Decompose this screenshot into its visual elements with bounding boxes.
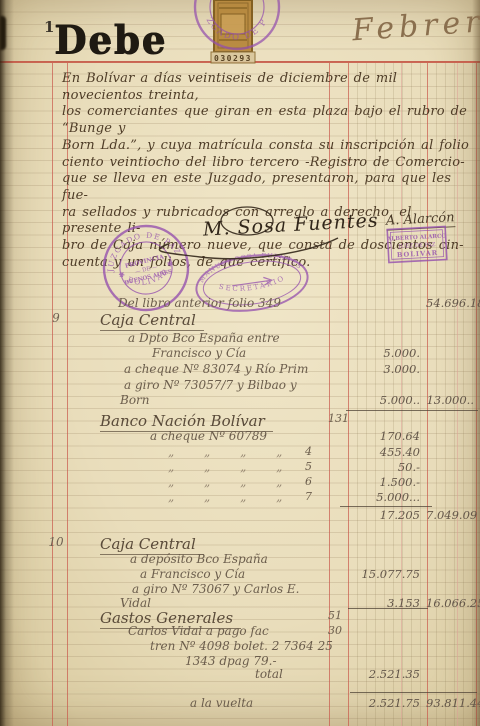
ledger-row: total 2.521.35 xyxy=(0,667,480,684)
entry-text: a Dpto Bco España entre xyxy=(128,331,280,345)
cheque-digit: 5 xyxy=(305,460,312,473)
ledger-row: Born 5.000.. 13.000.. xyxy=(0,393,480,410)
page-title: Debe xyxy=(54,17,167,63)
amount-inner: 1.500.- xyxy=(348,475,420,489)
entry-text: Born xyxy=(120,393,150,407)
amount-inner: 3.153 xyxy=(348,596,420,610)
amount-inner: 5.000... xyxy=(348,490,420,504)
entry-text: Vidal xyxy=(120,596,151,610)
account-heading: Caja Central xyxy=(100,311,204,331)
amount-outer: 93.811.44 xyxy=(426,696,474,710)
amount-inner: 170.64 xyxy=(348,429,420,443)
amount-inner: 17.205 xyxy=(348,508,420,522)
secretary-seal-arc-bottom: SECRETARIO xyxy=(217,273,287,296)
page-number: 1 xyxy=(44,18,54,36)
amount-inner: 2.521.35 xyxy=(348,667,420,681)
ditto-marks: „ „ „ „ xyxy=(168,490,308,504)
judge-signature: A. Alarcón xyxy=(386,210,455,231)
ledger-row: a cheque Nº 60789 170.64 xyxy=(0,429,480,446)
entry-text: a giro Nº 73067 y Carlos E. xyxy=(132,582,299,596)
total-rule xyxy=(346,410,478,411)
entry-text: a depósito Bco España xyxy=(130,552,268,566)
margin-number: 9 xyxy=(46,311,66,325)
certificate-line: Born Lda.”, y cuya matrícula consta su i… xyxy=(62,138,472,155)
ditto-marks: „ „ „ „ xyxy=(168,445,308,459)
court-seal-center-line3: BUENOS AIRES xyxy=(124,269,173,287)
amount-inner: 455.40 xyxy=(348,445,420,459)
certificate-text: En Bolívar a días veintiseis de diciembr… xyxy=(62,71,472,271)
secretary-seal-arrow-icon xyxy=(232,276,273,289)
amount-inner: 50.- xyxy=(348,460,420,474)
certificate-line: que se lleva en este Juzgado, presentaro… xyxy=(62,171,472,204)
certificate-line: bro de Caja número nueve, que consta de … xyxy=(62,238,472,255)
entry-text: Del libro anterior folio 349 xyxy=(118,296,281,310)
amount-inner: 2.521.75 xyxy=(348,696,420,710)
folio-number: 51 xyxy=(328,609,348,622)
amount-outer: 16.066.25 xyxy=(426,596,474,610)
folio-number: 131 xyxy=(328,412,348,425)
cheque-digit: 4 xyxy=(305,445,312,458)
total-rule xyxy=(350,692,477,693)
total-rule xyxy=(340,506,432,507)
ledger-row: Banco Nación Bolívar 131 xyxy=(0,412,480,429)
entry-text: a la vuelta xyxy=(190,696,253,710)
revenue-stamp-icon: 030293 xyxy=(211,0,255,63)
certificate-line: cuenta y un folios, de que certifico. xyxy=(62,255,472,272)
ledger-row: 10 Caja Central xyxy=(0,535,480,552)
folio-number: 30 xyxy=(328,624,348,637)
entry-text: Carlos Vidal a pago fac xyxy=(128,624,269,638)
certificate-line: ciento veintiocho del libro tercero -Reg… xyxy=(62,155,472,172)
amount-inner: 15.077.75 xyxy=(348,567,420,581)
ledger-row: 9 Caja Central xyxy=(0,311,480,328)
ledger-row: Francisco y Cía 5.000. xyxy=(0,346,480,363)
entry-text: a cheque Nº 60789 xyxy=(150,429,267,443)
entry-text: a Francisco y Cía xyxy=(140,567,245,581)
certificate-line: los comerciantes que giran en esta plaza… xyxy=(62,104,472,137)
ledger-row: a cheque Nº 83074 y Río Prim 3.000. xyxy=(0,362,480,379)
cheque-digit: 6 xyxy=(305,475,312,488)
entry-text: tren Nº 4098 bolet. 2 7364 25 xyxy=(150,639,333,653)
amount-outer: 54.696.18 xyxy=(426,296,474,310)
ledger-row: 17.205 7.049.09 xyxy=(0,508,480,525)
entry-text: 1343 dpag 79.- xyxy=(185,654,277,668)
ledger-row: a la vuelta 2.521.75 93.811.44 xyxy=(0,696,480,713)
amount-inner: 5.000.. xyxy=(348,393,420,407)
ledger-page: 1 Debe Febrero En Bolívar a días veintis… xyxy=(0,0,480,726)
entry-text: a giro Nº 73057/7 y Bilbao y xyxy=(124,378,297,392)
amount-outer: 7.049.09 xyxy=(426,508,474,522)
entry-text: Francisco y Cía xyxy=(152,346,246,360)
binding-mark xyxy=(0,16,6,50)
amount-inner: 5.000. xyxy=(348,346,420,360)
ditto-marks: „ „ „ „ xyxy=(168,475,308,489)
month-label: Febrero xyxy=(351,3,480,49)
ditto-marks: „ „ „ „ xyxy=(168,460,308,474)
certificate-line: En Bolívar a días veintiseis de diciembr… xyxy=(62,71,472,104)
entry-text: total xyxy=(255,667,283,681)
amount-outer: 13.000.. xyxy=(426,393,474,407)
margin-number: 10 xyxy=(46,535,66,549)
amount-inner: 3.000. xyxy=(348,362,420,376)
cheque-digit: 7 xyxy=(305,490,312,503)
entry-text: a cheque Nº 83074 y Río Prim xyxy=(124,362,308,376)
ledger-row: „ „ „ „ 7 5.000... xyxy=(0,490,480,507)
svg-text:SECRETARIO: SECRETARIO xyxy=(217,273,287,296)
